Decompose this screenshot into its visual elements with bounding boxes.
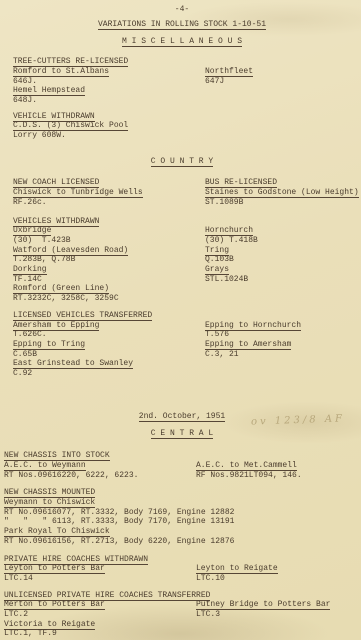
column-right: Putney Bridge to Potters Bar LTC.3 <box>196 600 351 619</box>
route-line: Leyton to Reigate <box>196 564 351 574</box>
fleet-line: Lorry 608W. <box>13 131 351 141</box>
section-heading: NEW CHASSIS INTO STOCK <box>4 451 351 461</box>
two-column-block: Leyton to Potters Bar LTC.14 Leyton to R… <box>4 564 351 583</box>
column-right: Leyton to Reigate LTC.10 <box>196 564 351 583</box>
chassis-detail-line: RT No.09616156, RT.2713, Body 6220, Engi… <box>4 537 351 547</box>
route-line: Romford (Green Line) <box>13 284 205 294</box>
column-right: A.E.C. to Met.Cammell RF Nos.9821LT094, … <box>196 461 351 480</box>
section-vehicles-withdrawn: VEHICLES WITHDRAWN Uxbridge (30) T.423B … <box>13 217 351 304</box>
section-licensed-transferred: LICENSED VEHICLES TRANSFERRED Amersham t… <box>13 311 351 379</box>
fleet-line: 647J <box>205 77 351 87</box>
route-line: Hemel Hempstead <box>13 86 205 96</box>
fleet-line: ST.1089B <box>205 198 359 208</box>
route-line: C.D.S. (3) Chiswick Pool <box>13 121 351 131</box>
section-heading: VEHICLES WITHDRAWN <box>13 217 351 227</box>
route-line: Grays <box>205 265 351 275</box>
column-left: A.E.C. to Weymann RT Nos.09616220, 6222,… <box>4 461 196 480</box>
column-right: Northfleet 647J <box>205 67 351 86</box>
route-line: A.E.C. to Met.Cammell <box>196 461 351 471</box>
route-line: Epping to Amersham <box>205 340 351 350</box>
route-line: Weymann to Chiswick <box>4 498 351 508</box>
fleet-line: LTC.10 <box>196 574 351 584</box>
section-heading: PRIVATE HIRE COACHES WITHDRAWN <box>4 555 351 565</box>
route-line: Park Royal To Chiswick <box>4 527 351 537</box>
section-country-licensed: NEW COACH LICENSED Chiswick to Tunbridge… <box>13 178 351 207</box>
route-line: Victoria to Reigate <box>4 620 196 630</box>
route-line: Putney Bridge to Potters Bar <box>196 600 351 610</box>
fleet-line: T.283B, Q.78B <box>13 255 205 265</box>
column-left: NEW COACH LICENSED Chiswick to Tunbridge… <box>13 178 205 207</box>
route-line: Staines to Godstone (Low Height) <box>205 188 359 198</box>
section-tree-cutters: TREE-CUTTERS RE-LICENSED Romford to St.A… <box>13 57 351 106</box>
route-line: A.E.C. to Weymann <box>4 461 196 471</box>
route-line: Merton to Potters Bar <box>4 600 196 610</box>
fleet-line: RT.3232C, 3258C, 3259C <box>13 294 205 304</box>
section-heading: NEW COACH LICENSED <box>13 178 205 188</box>
fleet-line: LTC.3 <box>196 610 351 620</box>
route-line: Epping to Hornchurch <box>205 321 351 331</box>
fleet-line: RF Nos.9821LT094, 146. <box>196 471 351 481</box>
fleet-line: 648J. <box>13 96 205 106</box>
route-line: Romford to St.Albans <box>13 67 205 77</box>
fleet-line: STL.1024B <box>205 275 351 285</box>
column-right: BUS RE-LICENSED Staines to Godstone (Low… <box>205 178 359 207</box>
section-private-hire-withdrawn: PRIVATE HIRE COACHES WITHDRAWN Leyton to… <box>4 555 351 584</box>
document-page: -4- VARIATIONS IN ROLLING STOCK 1-10-51 … <box>0 0 361 640</box>
fleet-line: LTC.14 <box>4 574 196 584</box>
two-column-block: Uxbridge (30) T.423B Watford (Leavesden … <box>13 226 351 304</box>
chassis-detail-line: RT No.09616077, RT.3332, Body 7169, Engi… <box>4 508 351 518</box>
route-line: Watford (Leavesden Road) <box>13 246 205 256</box>
two-column-block: A.E.C. to Weymann RT Nos.09616220, 6222,… <box>4 461 351 480</box>
section-heading: TREE-CUTTERS RE-LICENSED <box>13 57 351 67</box>
fleet-line: TF.14C <box>13 275 205 285</box>
route-line: Uxbridge <box>13 226 205 236</box>
fleet-line: C.92 <box>13 369 205 379</box>
two-column-block: Merton to Potters Bar LTC.2 Victoria to … <box>4 600 351 639</box>
section-heading: UNLICENSED PRIVATE HIRE COACHES TRANSFER… <box>4 591 351 601</box>
heading-central: C E N T R A L <box>13 429 351 439</box>
fleet-line: Q.103B <box>205 255 351 265</box>
route-line: Leyton to Potters Bar <box>4 564 196 574</box>
two-column-block: Amersham to Epping T.626C. Epping to Tri… <box>13 321 351 379</box>
route-line: Hornchurch <box>205 226 351 236</box>
section-vehicle-withdrawn: VEHICLE WITHDRAWN C.D.S. (3) Chiswick Po… <box>13 112 351 141</box>
page-content: -4- VARIATIONS IN ROLLING STOCK 1-10-51 … <box>0 0 361 639</box>
section-heading: NEW CHASSIS MOUNTED <box>4 488 351 498</box>
section-new-chassis-mounted: NEW CHASSIS MOUNTED Weymann to Chiswick … <box>4 488 351 546</box>
column-left: Merton to Potters Bar LTC.2 Victoria to … <box>4 600 196 639</box>
fleet-line: T.626C. <box>13 330 205 340</box>
section-new-chassis-into-stock: NEW CHASSIS INTO STOCK A.E.C. to Weymann… <box>4 451 351 480</box>
page-number: -4- <box>13 5 351 15</box>
section-heading: LICENSED VEHICLES TRANSFERRED <box>13 311 351 321</box>
fleet-line: (30) T.423B <box>13 236 205 246</box>
column-right: Epping to Hornchurch T.576 Epping to Ame… <box>205 321 351 360</box>
section-heading: VEHICLE WITHDRAWN <box>13 112 351 122</box>
column-left: Leyton to Potters Bar LTC.14 <box>4 564 196 583</box>
fleet-line: T.576 <box>205 330 351 340</box>
chassis-detail-line: " " " 6113, RT.3333, Body 7170, Engine 1… <box>4 517 351 527</box>
two-column-block: Romford to St.Albans 646J. Hemel Hempste… <box>13 67 351 106</box>
fleet-line: LTC.2 <box>4 610 196 620</box>
fleet-line: RF.26c. <box>13 198 205 208</box>
column-left: Romford to St.Albans 646J. Hemel Hempste… <box>13 67 205 106</box>
route-line: Tring <box>205 246 351 256</box>
fleet-line: (30) T.418B <box>205 236 351 246</box>
heading-miscellaneous: M I S C E L L A N E O U S <box>13 37 351 47</box>
section-heading: BUS RE-LICENSED <box>205 178 359 188</box>
column-right: Hornchurch (30) T.418B Tring Q.103B Gray… <box>205 226 351 284</box>
fleet-line: LTC.1, TF.9 <box>4 629 196 639</box>
route-line: Epping to Tring <box>13 340 205 350</box>
column-left: Amersham to Epping T.626C. Epping to Tri… <box>13 321 205 379</box>
route-line: East Grinstead to Swanley <box>13 359 205 369</box>
page-title: VARIATIONS IN ROLLING STOCK 1-10-51 <box>13 20 351 30</box>
route-line: Chiswick to Tunbridge Wells <box>13 188 205 198</box>
fleet-line: C.3, 21 <box>205 350 351 360</box>
fleet-line: RT Nos.09616220, 6222, 6223. <box>4 471 196 481</box>
route-line: Dorking <box>13 265 205 275</box>
fleet-line: C.65B <box>13 350 205 360</box>
route-line: Amersham to Epping <box>13 321 205 331</box>
heading-country: C O U N T R Y <box>13 157 351 167</box>
fleet-line: 646J. <box>13 77 205 87</box>
route-line: Northfleet <box>205 67 351 77</box>
section-unlicensed-transferred: UNLICENSED PRIVATE HIRE COACHES TRANSFER… <box>4 591 351 640</box>
column-left: Uxbridge (30) T.423B Watford (Leavesden … <box>13 226 205 304</box>
